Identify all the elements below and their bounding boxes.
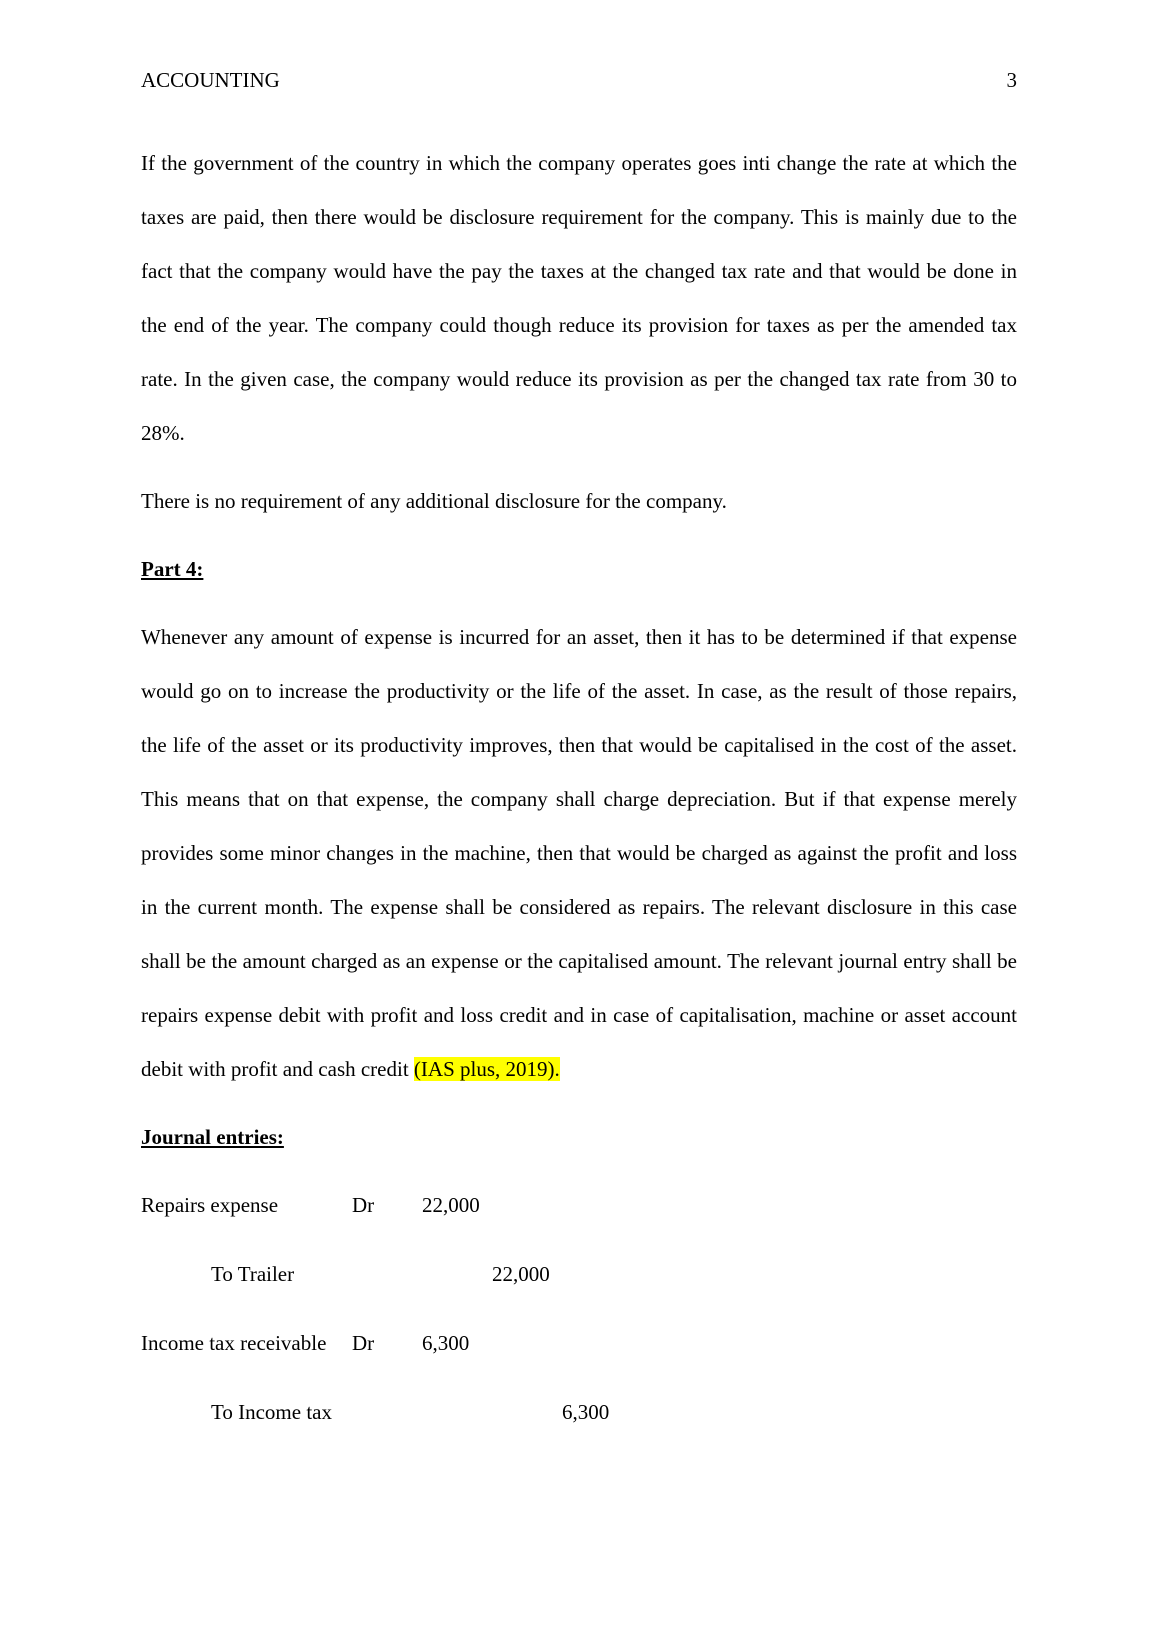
paragraph-repairs: Whenever any amount of expense is incurr…	[141, 610, 1017, 1096]
credit-amount: 6,300	[562, 1385, 609, 1439]
page-header: ACCOUNTING 3	[141, 68, 1017, 98]
journal-entries: Repairs expense Dr 22,000 To Trailer 22,…	[141, 1178, 1017, 1454]
dr-label: Dr	[352, 1316, 374, 1370]
account-name: Income tax receivable	[141, 1316, 326, 1370]
debit-amount: 22,000	[422, 1178, 480, 1232]
document-body: If the government of the country in whic…	[141, 136, 1017, 1454]
journal-row: To Income tax 6,300	[141, 1385, 1017, 1454]
heading-journal-entries: Journal entries:	[141, 1110, 1017, 1164]
credit-amount: 22,000	[492, 1247, 550, 1301]
paragraph-repairs-text: Whenever any amount of expense is incurr…	[141, 625, 1017, 1081]
journal-row: Repairs expense Dr 22,000	[141, 1178, 1017, 1247]
dr-label: Dr	[352, 1178, 374, 1232]
account-name: To Income tax	[211, 1385, 332, 1439]
account-name: Repairs expense	[141, 1178, 278, 1232]
journal-row: Income tax receivable Dr 6,300	[141, 1316, 1017, 1385]
citation-highlight: (IAS plus, 2019).	[414, 1057, 560, 1081]
paragraph-tax-rate: If the government of the country in whic…	[141, 136, 1017, 460]
running-head: ACCOUNTING	[141, 68, 280, 93]
journal-row: To Trailer 22,000	[141, 1247, 1017, 1316]
page-number: 3	[1007, 68, 1018, 93]
heading-part-4: Part 4:	[141, 542, 1017, 596]
paragraph-no-disclosure: There is no requirement of any additiona…	[141, 474, 1017, 528]
debit-amount: 6,300	[422, 1316, 469, 1370]
account-name: To Trailer	[211, 1247, 294, 1301]
